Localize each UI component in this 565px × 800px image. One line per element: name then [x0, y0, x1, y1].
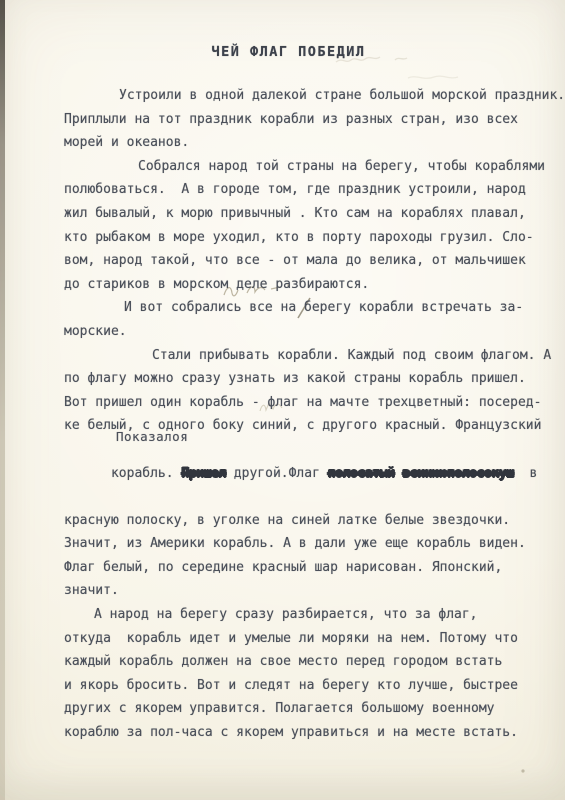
text-line: полюбоваться. А в городе том, где праздн…: [64, 178, 550, 202]
paper-speck: [521, 769, 524, 772]
text-line: кораблю за пол-часа с якорем управиться …: [64, 721, 550, 745]
text-line: каждый корабль должен на свое место пере…: [64, 650, 550, 674]
text-line-with-corrections: Показалоякорабль. Пришел другой.Флаг пол…: [64, 438, 550, 509]
typewritten-page: ЧЕЙ ФЛАГ ПОБЕДИЛ Устроили в одной далеко…: [0, 0, 565, 800]
text-line: красную полоску, в уголке на синей латке…: [64, 509, 550, 533]
text-segment: другой.Флаг: [226, 466, 328, 481]
text-line: Значит, из Америки корабль. А в дали уже…: [64, 532, 550, 556]
text-line: по флагу можно сразу узнать из какой стр…: [64, 367, 550, 391]
text-line: жил бывалый, к морю привычный . Кто сам …: [64, 202, 550, 226]
text-line: И вот собрались все на берегу корабли вс…: [64, 296, 550, 320]
text-line: А народ на берегу сразу разбирается, что…: [64, 603, 550, 627]
text-line: Устроили в одной далекой стране большой …: [64, 84, 550, 108]
text-line: вом, народ такой, что все - от мала до в…: [64, 249, 550, 273]
faint-smudge: [336, 57, 458, 78]
text-line: Собрался народ той страны на берегу, что…: [64, 155, 550, 179]
text-line: Вот пришел один корабль - флаг на мачте …: [64, 391, 550, 415]
overstruck-garble: всинююполосокуш: [402, 466, 513, 481]
text-line: Стали прибывать корабли. Каждый под свои…: [64, 344, 550, 368]
text-line: других с якорем управится. Полагается бо…: [64, 697, 550, 721]
text-line: Флаг белый, по середине красный шар нари…: [64, 556, 550, 580]
text-segment: корабль.: [111, 466, 181, 481]
document-body: Устроили в одной далекой стране большой …: [64, 84, 550, 745]
text-line: морей и океанов.: [64, 131, 550, 155]
text-line: значит.: [64, 579, 550, 603]
text-line: кто рыбаком в море уходил, кто в порту п…: [64, 226, 550, 250]
overstruck-word: полосатый: [328, 466, 395, 481]
text-line: морские.: [64, 320, 550, 344]
typed-insertion-word: Показалоя: [116, 425, 188, 449]
text-line: откуда корабль идет и умелые ли моряки н…: [64, 627, 550, 651]
text-line: до стариков в морском деле разбираются.: [64, 273, 550, 297]
overstruck-word: Пришел: [181, 466, 226, 481]
text-line: и якорь бросить. Вот и следят на берегу …: [64, 674, 550, 698]
text-segment: в: [514, 466, 537, 481]
page-title: ЧЕЙ ФЛАГ ПОБЕДИЛ: [6, 44, 565, 60]
text-line: Приплыли на тот праздник корабли из разн…: [64, 108, 550, 132]
